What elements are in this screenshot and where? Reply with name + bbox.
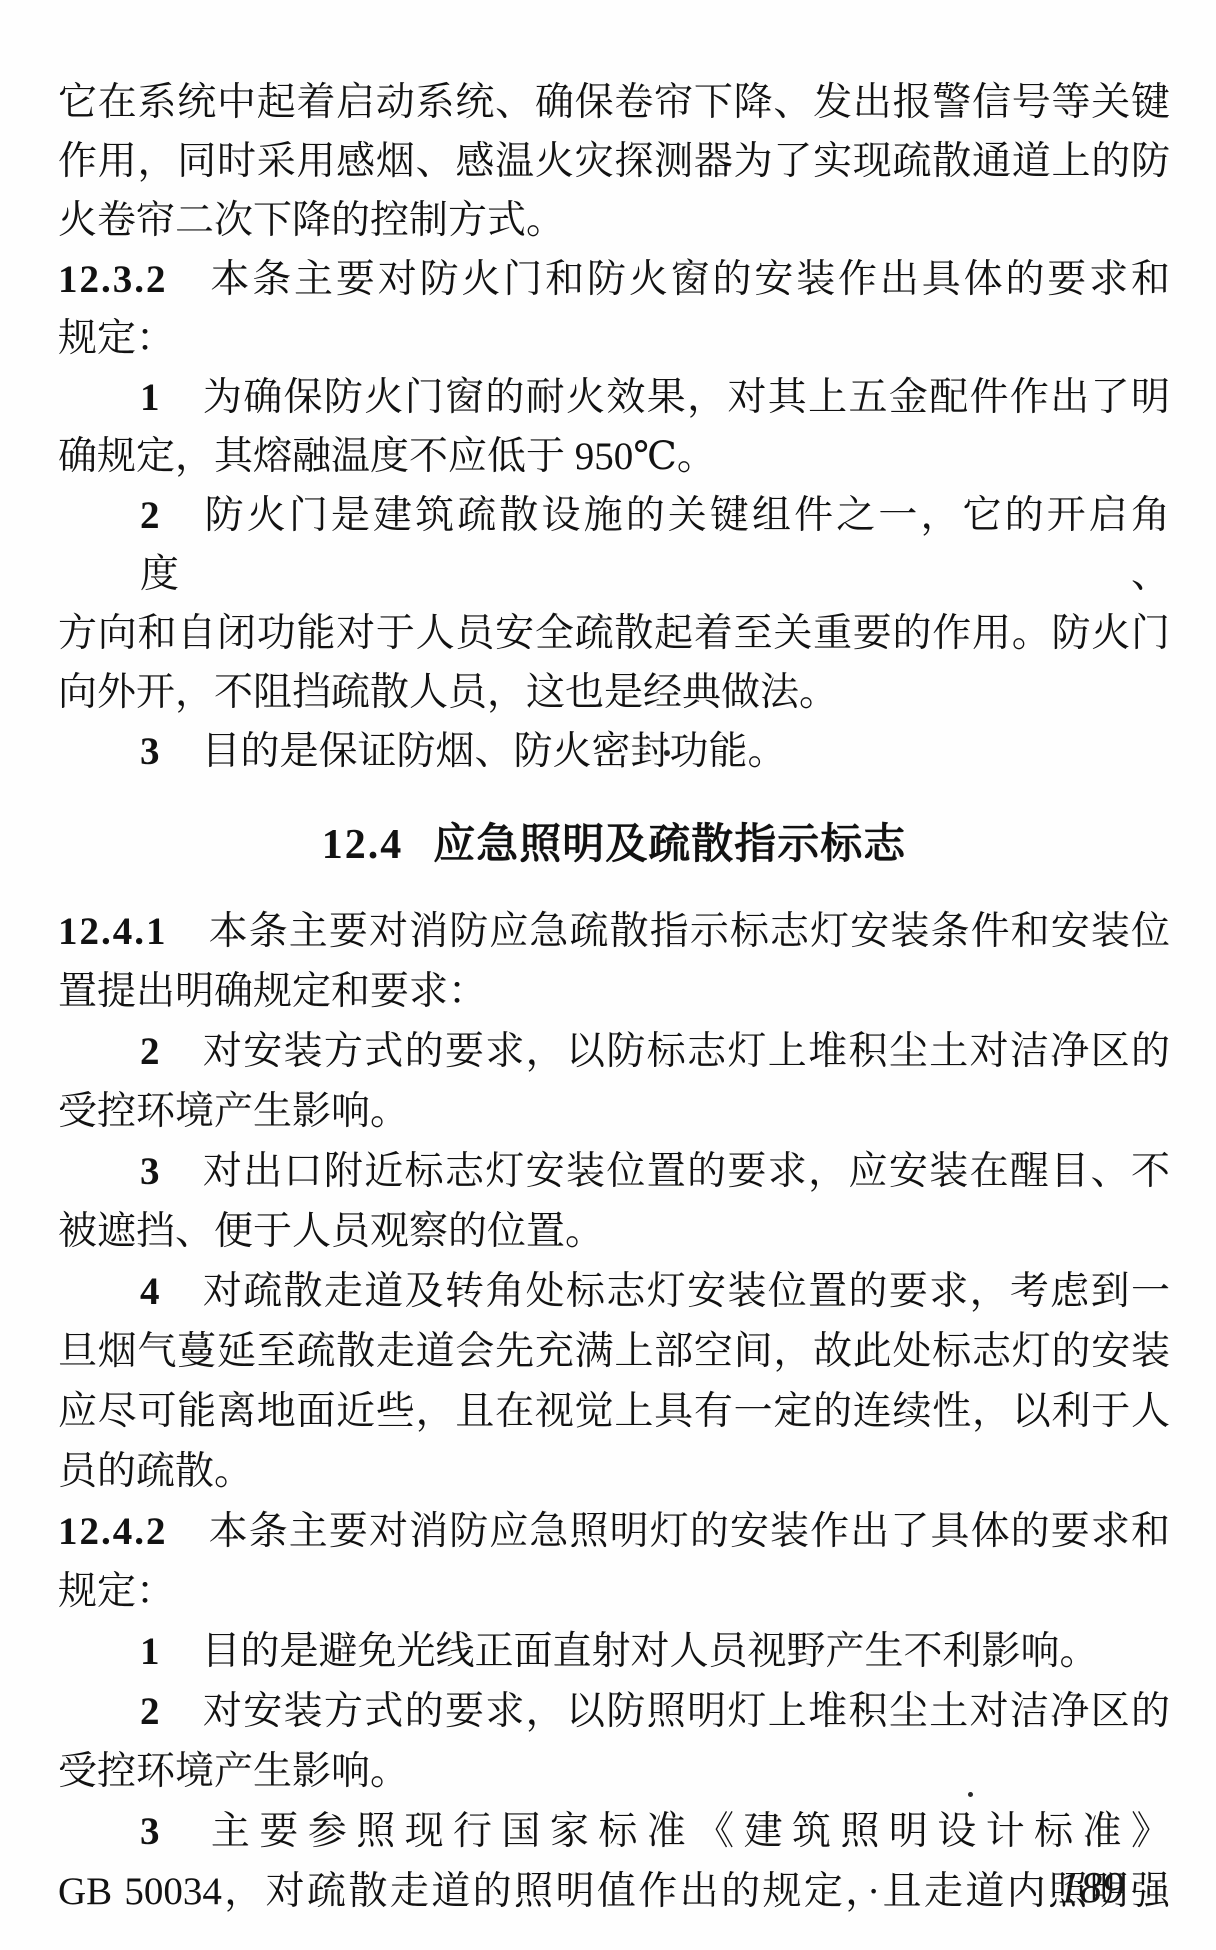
- line-text: 确规定，其熔融温度不应低于 950℃。: [58, 435, 716, 478]
- item-line: 3主要参照现行国家标准《建筑照明设计标准》: [58, 1802, 1170, 1862]
- text-column: 它在系统中起着启动系统、确保卷帘下降、发出报警信号等关键 作用，同时采用感烟、感…: [58, 73, 1170, 1922]
- line-text: 规定：: [58, 1570, 175, 1613]
- section-heading-12-4: 12.4 应急照明及疏散指示标志: [58, 817, 1170, 871]
- para-line: 旦烟气蔓延至疏散走道会先充满上部空间，故此处标志灯的安装: [58, 1322, 1170, 1382]
- item-number: 3: [140, 730, 162, 773]
- line-text: 应尽可能离地面近些，且在视觉上具有一定的连续性，以利于人: [58, 1390, 1170, 1433]
- line-text: 主要参照现行国家标准《建筑照明设计标准》: [202, 1810, 1171, 1853]
- line-text: 员的疏散。: [58, 1450, 253, 1493]
- item-number: 1: [140, 376, 162, 419]
- item-number: 1: [140, 1630, 162, 1673]
- line-text: 火卷帘二次下降的控制方式。: [58, 199, 565, 242]
- para-line: 火卷帘二次下降的控制方式。: [58, 191, 1170, 250]
- item-line: 1为确保防火门窗的耐火效果，对其上五金配件作出了明: [58, 368, 1170, 427]
- para-line: 受控环境产生影响。: [58, 1742, 1170, 1802]
- para-line: 规定：: [58, 1562, 1170, 1622]
- ink-speck: [664, 750, 670, 756]
- line-text: 作用，同时采用感烟、感温火灾探测器为了实现疏散通道上的防: [58, 140, 1170, 183]
- section-12-4-block: 12.4.1本条主要对消防应急疏散指示标志灯安装条件和安装位 置提出明确规定和要…: [58, 902, 1170, 1922]
- line-text: 本条主要对防火门和防火窗的安装作出具体的要求和: [208, 258, 1171, 301]
- ink-speck: [786, 1410, 791, 1415]
- item-line: 2对安装方式的要求，以防照明灯上堆积尘土对洁净区的: [58, 1682, 1170, 1742]
- item-number: 3: [140, 1150, 162, 1193]
- para-line: 受控环境产生影响。: [58, 1082, 1170, 1142]
- item-number: 4: [140, 1270, 162, 1313]
- item-number: 3: [140, 1810, 162, 1853]
- para-line: 作用，同时采用感烟、感温火灾探测器为了实现疏散通道上的防: [58, 132, 1170, 191]
- line-text: 目的是避免光线正面直射对人员视野产生不利影响。: [202, 1630, 1099, 1673]
- page-number: 189: [1058, 1862, 1124, 1913]
- item-line: 4对疏散走道及转角处标志灯安装位置的要求，考虑到一: [58, 1262, 1170, 1322]
- para-line: 应尽可能离地面近些，且在视觉上具有一定的连续性，以利于人: [58, 1382, 1170, 1442]
- line-text: 对安装方式的要求，以防照明灯上堆积尘土对洁净区的: [202, 1690, 1171, 1733]
- item-number: 2: [140, 1030, 162, 1073]
- para-line: 确规定，其熔融温度不应低于 950℃。: [58, 427, 1170, 486]
- line-text: 对疏散走道及转角处标志灯安装位置的要求，考虑到一: [202, 1270, 1171, 1313]
- line-text: 防火门是建筑疏散设施的关键组件之一，它的开启角度、: [140, 494, 1170, 596]
- line-text: 本条主要对消防应急疏散指示标志灯安装条件和安装位: [208, 910, 1171, 953]
- item-line: 1目的是避免光线正面直射对人员视野产生不利影响。: [58, 1622, 1170, 1682]
- item-line: 2防火门是建筑疏散设施的关键组件之一，它的开启角度、: [58, 486, 1170, 604]
- line-text: 向外开，不阻挡疏散人员，这也是经典做法。: [58, 671, 838, 714]
- line-text: GB 50034，对疏散走道的照明值作出的规定，·且走道内照明强: [58, 1870, 1170, 1913]
- heading-title: 应急照明及疏散指示标志: [433, 817, 906, 871]
- line-text: 被遮挡、便于人员观察的位置。: [58, 1210, 604, 1253]
- line-text: 受控环境产生影响。: [58, 1090, 409, 1133]
- line-text: 为确保防火门窗的耐火效果，对其上五金配件作出了明: [202, 376, 1171, 419]
- item-line: 3目的是保证防烟、防火密封功能。: [58, 722, 1170, 781]
- heading-number: 12.4: [322, 818, 404, 872]
- item-number: 2: [140, 1690, 162, 1733]
- line-text: 受控环境产生影响。: [58, 1750, 409, 1793]
- line-text: 本条主要对消防应急照明灯的安装作出了具体的要求和: [208, 1510, 1171, 1553]
- item-line: 3对出口附近标志灯安装位置的要求，应安装在醒目、不: [58, 1142, 1170, 1202]
- clause-line-12-4-1: 12.4.1本条主要对消防应急疏散指示标志灯安装条件和安装位: [58, 902, 1170, 962]
- para-line: 它在系统中起着启动系统、确保卷帘下降、发出报警信号等关键: [58, 73, 1170, 132]
- line-text: 规定：: [58, 317, 175, 360]
- line-text: 旦烟气蔓延至疏散走道会先充满上部空间，故此处标志灯的安装: [58, 1330, 1170, 1373]
- para-line: 规定：: [58, 309, 1170, 368]
- para-line: 向外开，不阻挡疏散人员，这也是经典做法。: [58, 663, 1170, 722]
- section-12-3-block: 它在系统中起着启动系统、确保卷帘下降、发出报警信号等关键 作用，同时采用感烟、感…: [58, 73, 1170, 781]
- ink-speck: [968, 1792, 973, 1797]
- item-line: 2对安装方式的要求，以防标志灯上堆积尘土对洁净区的: [58, 1022, 1170, 1082]
- item-number: 2: [140, 494, 162, 537]
- para-line: 置提出明确规定和要求：: [58, 962, 1170, 1022]
- para-line: 方向和自闭功能对于人员安全疏散起着至关重要的作用。防火门: [58, 604, 1170, 663]
- para-line: 员的疏散。: [58, 1442, 1170, 1502]
- line-text: 它在系统中起着启动系统、确保卷帘下降、发出报警信号等关键: [58, 81, 1170, 124]
- clause-number: 12.4.2: [58, 1510, 168, 1553]
- line-text: 对出口附近标志灯安装位置的要求，应安装在醒目、不: [202, 1150, 1171, 1193]
- clause-line-12-3-2: 12.3.2本条主要对防火门和防火窗的安装作出具体的要求和: [58, 250, 1170, 309]
- line-text: 对安装方式的要求，以防标志灯上堆积尘土对洁净区的: [202, 1030, 1171, 1073]
- line-text: 方向和自闭功能对于人员安全疏散起着至关重要的作用。防火门: [58, 612, 1170, 655]
- clause-line-12-4-2: 12.4.2本条主要对消防应急照明灯的安装作出了具体的要求和: [58, 1502, 1170, 1562]
- para-line: 被遮挡、便于人员观察的位置。: [58, 1202, 1170, 1262]
- clause-number: 12.4.1: [58, 910, 168, 953]
- line-text: 置提出明确规定和要求：: [58, 970, 487, 1013]
- document-page: 它在系统中起着启动系统、确保卷帘下降、发出报警信号等关键 作用，同时采用感烟、感…: [0, 0, 1216, 1950]
- line-text: 目的是保证防烟、防火密封功能。: [202, 730, 787, 773]
- para-line: GB 50034，对疏散走道的照明值作出的规定，·且走道内照明强: [58, 1862, 1170, 1922]
- clause-number: 12.3.2: [58, 258, 168, 301]
